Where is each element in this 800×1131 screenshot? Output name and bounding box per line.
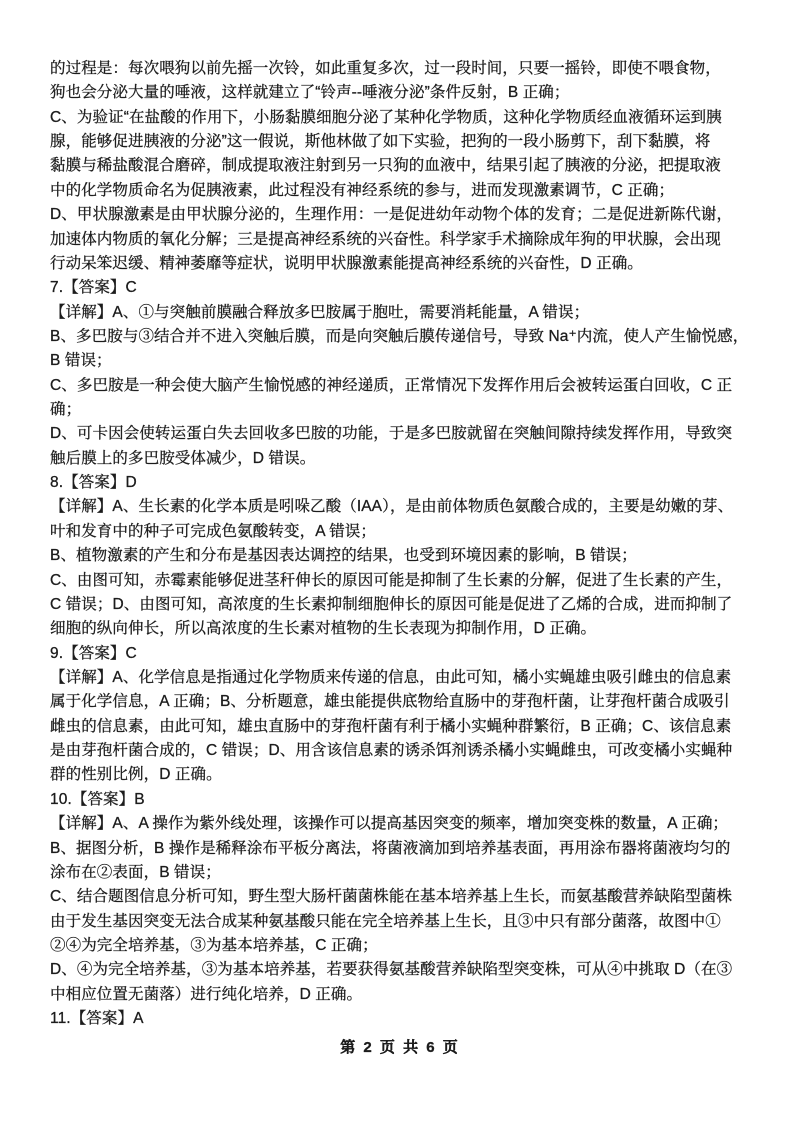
text-line: C、结合题图信息分析可知，野生型大肠杆菌菌株能在基本培养基上生长，而氨基酸营养缺… <box>50 885 770 909</box>
text-line: 叶和发育中的种子可完成色氨酸转变，A 错误； <box>50 520 770 544</box>
text-line: C、为验证“在盐酸的作用下，小肠黏膜细胞分泌了某种化学物质，这种化学物质经血液循… <box>50 106 770 130</box>
page-number-footer: 第 2 页 共 6 页 <box>0 1036 800 1057</box>
text-line: 腺，能够促进胰液的分泌”这一假说，斯他林做了如下实验，把狗的一段小肠剪下，刮下黏… <box>50 130 770 154</box>
text-line: C 错误；D、由图可知，高浓度的生长素抑制细胞伸长的原因可能是促进了乙烯的合成，… <box>50 593 770 617</box>
answer-11: 11.【答案】A <box>50 1007 770 1031</box>
text-line: 【详解】A、①与突触前膜融合释放多巴胺属于胞吐，需要消耗能量，A 错误； <box>50 301 770 325</box>
text-line: 【详解】A、化学信息是指通过化学物质来传递的信息，由此可知，橘小实蝇雄虫吸引雌虫… <box>50 666 770 690</box>
text-line: 【详解】A、生长素的化学本质是吲哚乙酸（IAA），是由前体物质色氨酸合成的，主要… <box>50 495 770 519</box>
text-line: 狗也会分泌大量的唾液，这样就建立了“铃声--唾液分泌”条件反射，B 正确； <box>50 81 770 105</box>
text-line: 雌虫的信息素，由此可知，雄虫直肠中的芽孢杆菌有利于橘小实蝇种群繁衍，B 正确；C… <box>50 715 770 739</box>
text-line: 触后膜上的多巴胺受体减少，D 错误。 <box>50 447 770 471</box>
text-line: D、可卡因会使转运蛋白失去回收多巴胺的功能，于是多巴胺就留在突触间隙持续发挥作用… <box>50 422 770 446</box>
text-line: C、多巴胺是一种会使大脑产生愉悦感的神经递质，正常情况下发挥作用后会被转运蛋白回… <box>50 374 770 398</box>
answer-8: 8.【答案】D <box>50 471 770 495</box>
text-line: D、④为完全培养基，③为基本培养基，若要获得氨基酸营养缺陷型突变株，可从④中挑取… <box>50 958 770 982</box>
document-page: 的过程是：每次喂狗以前先摇一次铃，如此重复多次，过一段时间，只要一摇铃，即使不喂… <box>0 0 800 1131</box>
text-line: 由于发生基因突变无法合成某种氨基酸只能在完全培养基上生长，且③中只有部分菌落，故… <box>50 910 770 934</box>
text-line: B、植物激素的产生和分布是基因表达调控的结果，也受到环境因素的影响，B 错误； <box>50 544 770 568</box>
text-line: 是由芽孢杆菌合成的，C 错误；D、用含该信息素的诱杀饵剂诱杀橘小实蝇雌虫，可改变… <box>50 739 770 763</box>
answer-10: 10.【答案】B <box>50 788 770 812</box>
text-line: 【详解】A、A 操作为紫外线处理，该操作可以提高基因突变的频率，增加突变株的数量… <box>50 812 770 836</box>
text-line: B、据图分析，B 操作是稀释涂布平板分离法，将菌液滴加到培养基表面，再用涂布器将… <box>50 837 770 861</box>
text-line: C、由图可知，赤霉素能够促进茎秆伸长的原因可能是抑制了生长素的分解，促进了生长素… <box>50 569 770 593</box>
answer-7: 7.【答案】C <box>50 276 770 300</box>
text-line: ②④为完全培养基，③为基本培养基，C 正确； <box>50 934 770 958</box>
text-line: D、甲状腺激素是由甲状腺分泌的，生理作用：一是促进幼年动物个体的发育；二是促进新… <box>50 203 770 227</box>
text-line: 属于化学信息，A 正确；B、分析题意，雄虫能提供底物给直肠中的芽孢杆菌，让芽孢杆… <box>50 690 770 714</box>
text-line: 中相应位置无菌落）进行纯化培养，D 正确。 <box>50 983 770 1007</box>
text-line: 加速体内物质的氧化分解；三是提高神经系统的兴奋性。科学家手术摘除成年狗的甲状腺，… <box>50 228 770 252</box>
text-line: 黏膜与稀盐酸混合磨碎，制成提取液注射到另一只狗的血液中，结果引起了胰液的分泌，把… <box>50 154 770 178</box>
text-line: B 错误； <box>50 349 770 373</box>
text-line: B、多巴胺与③结合并不进入突触后膜，而是向突触后膜传递信号，导致 Na⁺内流，使… <box>50 325 770 349</box>
text-line: 涂布在②表面，B 错误； <box>50 861 770 885</box>
text-line: 的过程是：每次喂狗以前先摇一次铃，如此重复多次，过一段时间，只要一摇铃，即使不喂… <box>50 57 770 81</box>
text-line: 中的化学物质命名为促胰液素，此过程没有神经系统的参与，进而发现激素调节，C 正确… <box>50 179 770 203</box>
answer-9: 9.【答案】C <box>50 642 770 666</box>
text-line: 细胞的纵向伸长，所以高浓度的生长素对植物的生长表现为抑制作用，D 正确。 <box>50 617 770 641</box>
answer-key-text: 的过程是：每次喂狗以前先摇一次铃，如此重复多次，过一段时间，只要一摇铃，即使不喂… <box>50 57 770 1031</box>
text-line: 确； <box>50 398 770 422</box>
text-line: 群的性别比例，D 正确。 <box>50 763 770 787</box>
text-line: 行动呆笨迟缓、精神萎靡等症状，说明甲状腺激素能提高神经系统的兴奋性，D 正确。 <box>50 252 770 276</box>
